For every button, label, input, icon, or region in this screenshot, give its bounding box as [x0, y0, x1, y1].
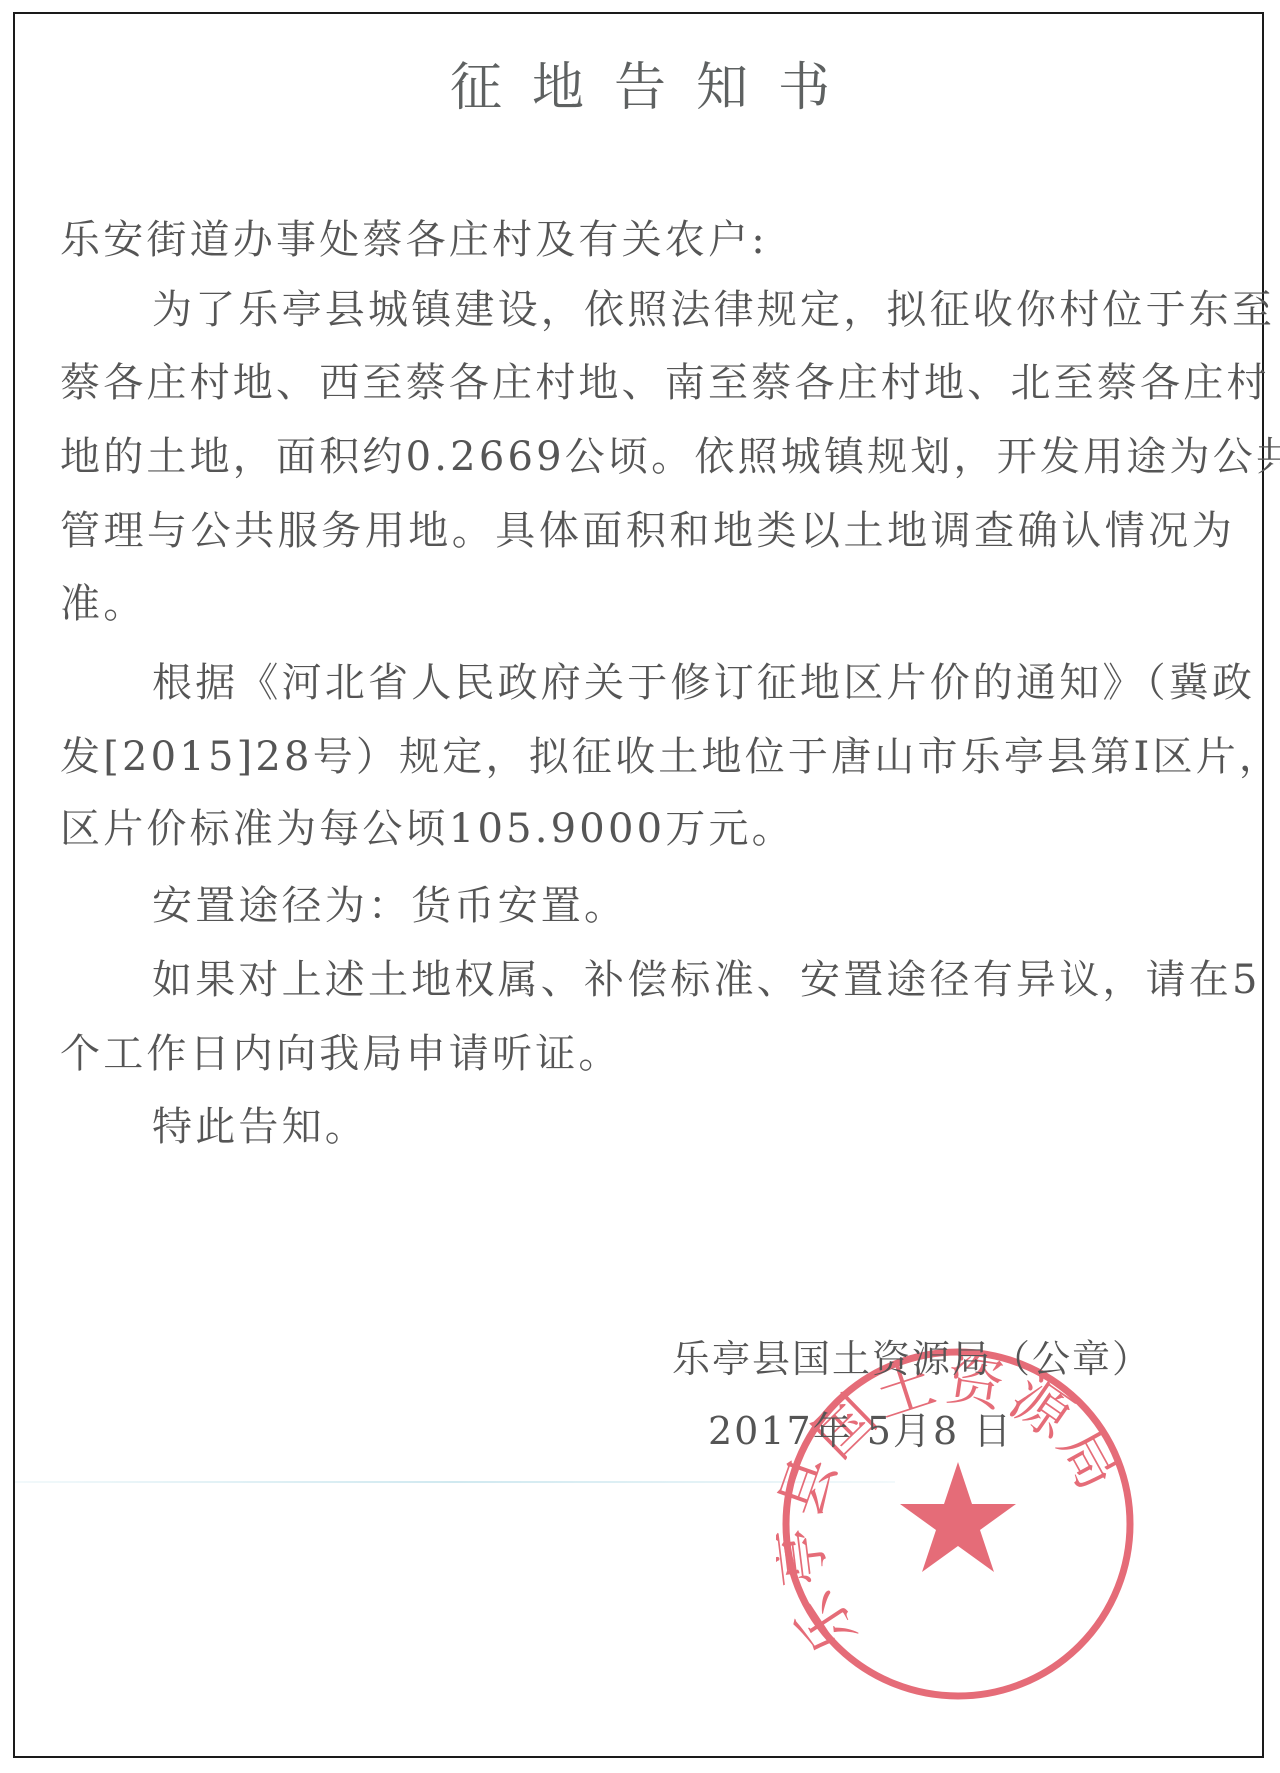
- paragraph-line: 发[2015]28号）规定，拟征收土地位于唐山市乐亭县第I区片，: [60, 731, 1235, 783]
- paragraph-line: 个工作日内向我局申请听证。: [60, 1028, 1235, 1080]
- scan-artifact-line: [15, 1481, 895, 1483]
- paragraph-line: 地的土地，面积约0.2669公顷。依照城镇规划，开发用途为公共: [60, 431, 1235, 483]
- paragraph-line: 管理与公共服务用地。具体面积和地类以土地调查确认情况为: [60, 505, 1235, 557]
- paragraph-line: 区片价标准为每公顷105.9000万元。: [60, 803, 1235, 855]
- issuer-signature: 乐亭县国土资源局（公章）: [672, 1333, 1152, 1385]
- issue-date: 2017年 5月8 日: [708, 1405, 1013, 1457]
- document-title: 征地告知书: [0, 52, 1280, 124]
- paragraph-line: 如果对上述土地权属、补偿标准、安置途径有异议，请在5: [152, 954, 1235, 1006]
- paragraph-line: 安置途径为：货币安置。: [152, 880, 1235, 932]
- paragraph-line: 根据《河北省人民政府关于修订征地区片价的通知》（冀政: [152, 657, 1235, 709]
- paragraph-line: 准。: [60, 578, 1235, 630]
- paragraph-line: 蔡各庄村地、西至蔡各庄村地、南至蔡各庄村地、北至蔡各庄村: [60, 357, 1235, 409]
- salutation: 乐安街道办事处蔡各庄村及有关农户:: [60, 214, 1235, 266]
- closing-line: 特此告知。: [152, 1101, 1235, 1153]
- paragraph-line: 为了乐亭县城镇建设，依照法律规定，拟征收你村位于东至: [152, 284, 1235, 336]
